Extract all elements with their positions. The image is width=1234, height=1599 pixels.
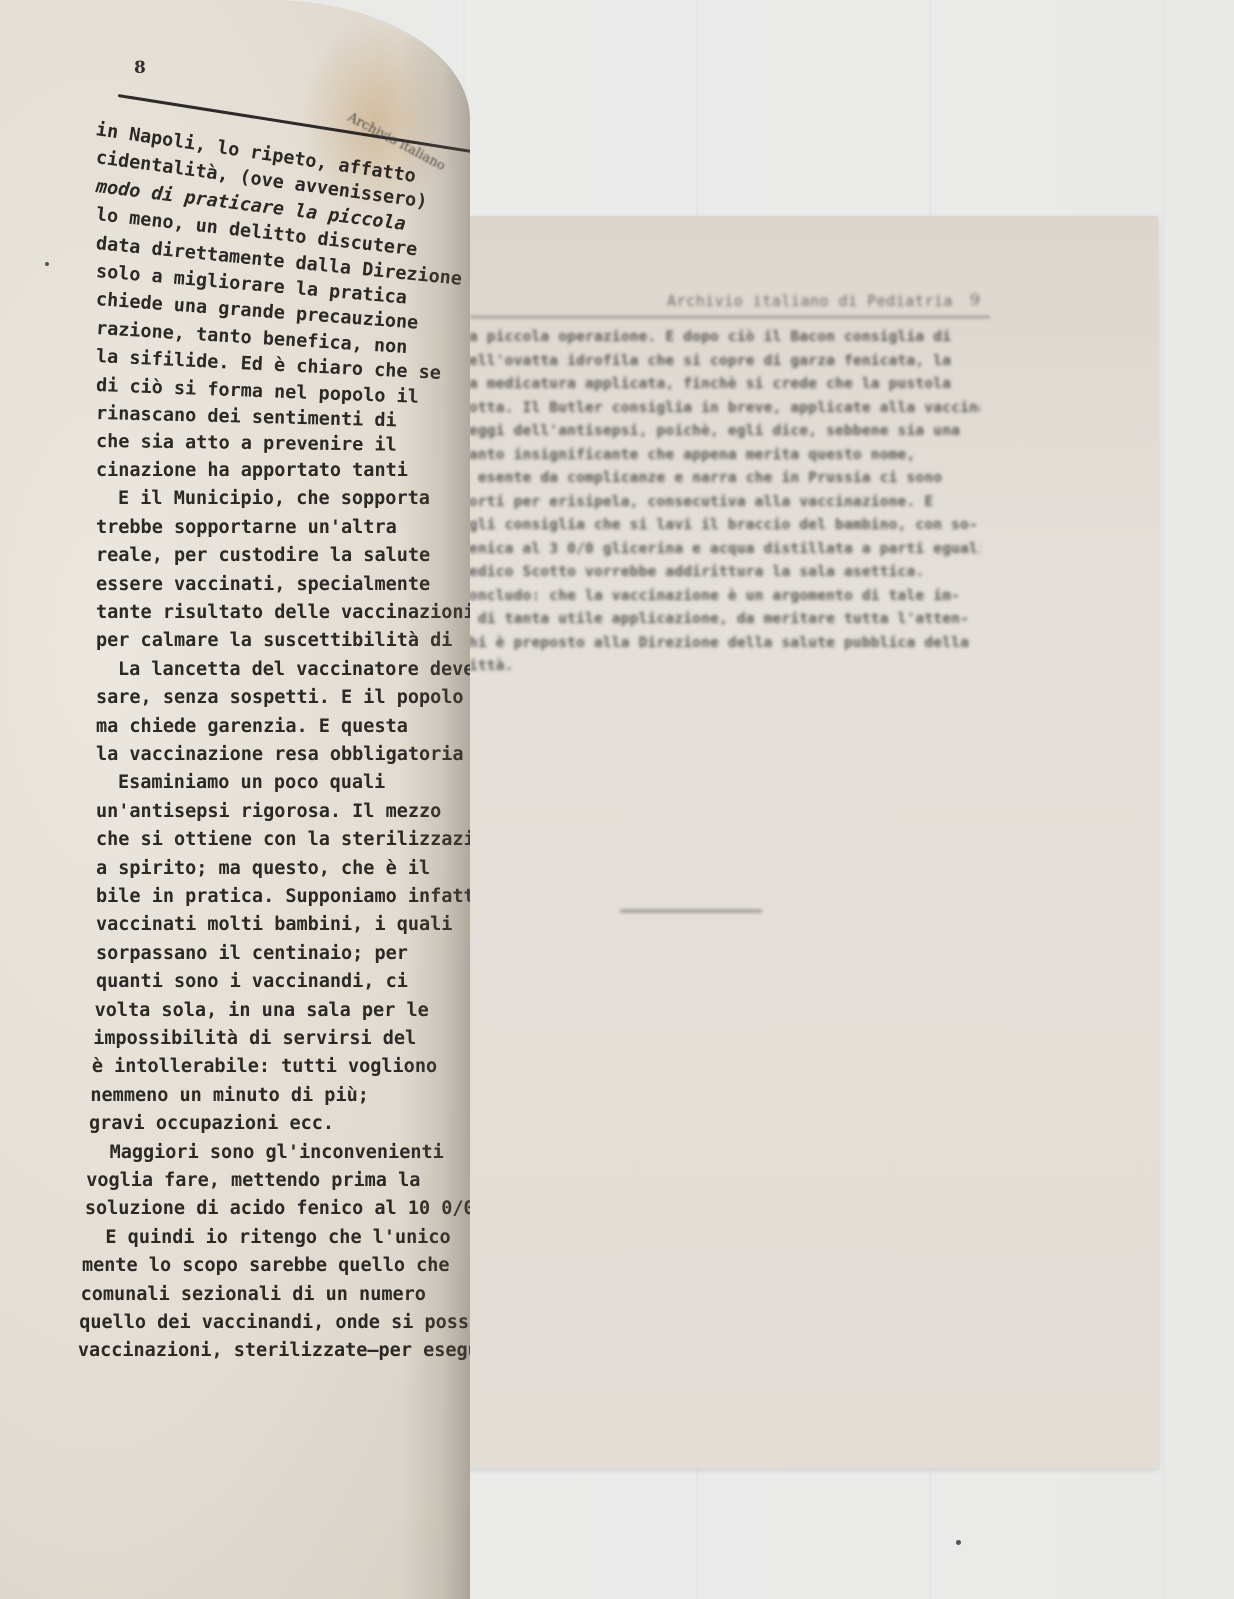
text-line: rotta. Il Butler consiglia in breve, app… <box>460 397 980 421</box>
text-line: quello dei vaccinandi, onde si possano <box>79 1309 470 1337</box>
text-line: è esente da complicanze e narra che in P… <box>460 467 980 491</box>
text-line: comunali sezionali di un numero <box>81 1281 470 1309</box>
text-line: bile in pratica. Supponiamo infatti <box>96 883 470 911</box>
text-line: Esaminiamo un poco quali <box>96 769 470 797</box>
left-page-number: 8 <box>134 58 146 78</box>
text-line: mente lo scopo sarebbe quello che <box>82 1252 470 1280</box>
text-line: sorpassano il centinaio; per <box>96 940 470 968</box>
text-line: chi è preposto alla Direzione della salu… <box>460 632 980 656</box>
text-line: tanto insignificante che appena merita q… <box>460 444 980 468</box>
text-line: quanti sono i vaccinandi, ci <box>96 968 470 996</box>
text-line: impossibilità di servirsi del <box>93 1025 470 1053</box>
text-line: tante risultato delle vaccinazioni <box>96 599 470 627</box>
left-page: 8 Archivio italiano in Napoli, lo ripeto… <box>0 0 470 1599</box>
text-line: trebbe sopportarne un'altra <box>96 514 470 542</box>
right-header-rule <box>470 316 990 318</box>
text-line: gravi occupazioni ecc. <box>89 1110 470 1138</box>
text-line: egli consiglia che si lavi il braccio de… <box>460 514 980 538</box>
text-line: medico Scotto vorrebbe addirittura la sa… <box>460 561 980 585</box>
text-line: un'antisepsi rigorosa. Il mezzo <box>96 798 470 826</box>
text-line: e di tanta utile applicazione, da merita… <box>460 608 980 632</box>
text-line: vaccinazioni, sterilizzate—per eseguire <box>78 1337 470 1365</box>
text-line: la piccola operazione. E dopo ciò il Bac… <box>460 326 980 350</box>
text-line: concludo: che la vaccinazione è un argom… <box>460 585 980 609</box>
text-line: sare, senza sospetti. E il popolo <box>96 684 470 712</box>
text-line: essere vaccinati, specialmente <box>96 571 470 599</box>
text-line: leggi dell'antisepsi, poichè, egli dice,… <box>460 420 980 444</box>
text-line: Maggiori sono gl'inconvenienti <box>88 1139 470 1167</box>
text-line: E quindi io ritengo che l'unico <box>83 1224 470 1252</box>
text-line: vaccinati molti bambini, i quali <box>96 911 470 939</box>
text-line: cinazione ha apportato tanti <box>96 457 470 485</box>
text-line: è intollerabile: tutti vogliono <box>92 1053 470 1081</box>
text-line: la medicatura applicata, finchè si crede… <box>460 373 980 397</box>
dust-speck <box>956 1540 961 1545</box>
text-line: a spirito; ma questo, che è il <box>96 855 470 883</box>
text-line: per calmare la suscettibilità di <box>96 627 470 655</box>
right-page-number: 9 <box>970 290 980 309</box>
text-line: fenica al 3 0/0 glicerina e acqua distil… <box>460 538 980 562</box>
dust-speck <box>45 262 49 266</box>
right-page: Archivio italiano di Pediatria 9 la picc… <box>460 216 1158 1468</box>
text-line: nemmeno un minuto di più; <box>90 1082 470 1110</box>
text-line: La lancetta del vaccinatore deve <box>96 656 470 684</box>
text-line: dell'ovatta idrofila che si copre di gar… <box>460 350 980 374</box>
text-line: morti per erisipela, consecutiva alla va… <box>460 491 980 515</box>
text-line: soluzione di acido fenico al 10 0/0 <box>85 1195 470 1223</box>
text-line: la vaccinazione resa obbligatoria <box>96 741 470 769</box>
text-line: che si ottiene con la sterilizzazione <box>96 826 470 854</box>
right-page-body: la piccola operazione. E dopo ciò il Bac… <box>460 326 980 679</box>
text-line: voglia fare, mettendo prima la <box>86 1167 470 1195</box>
text-line: città. <box>460 655 980 679</box>
text-line: reale, per custodire la salute <box>96 542 470 570</box>
text-line: E il Municipio, che sopporta <box>96 485 470 513</box>
text-line: volta sola, in una sala per le <box>95 997 470 1025</box>
right-running-head: Archivio italiano di Pediatria <box>590 292 1030 310</box>
text-line: ma chiede garenzia. E questa <box>96 713 470 741</box>
end-rule <box>620 910 762 912</box>
left-page-body: in Napoli, lo ripeto, affattocidentalità… <box>96 116 470 1366</box>
